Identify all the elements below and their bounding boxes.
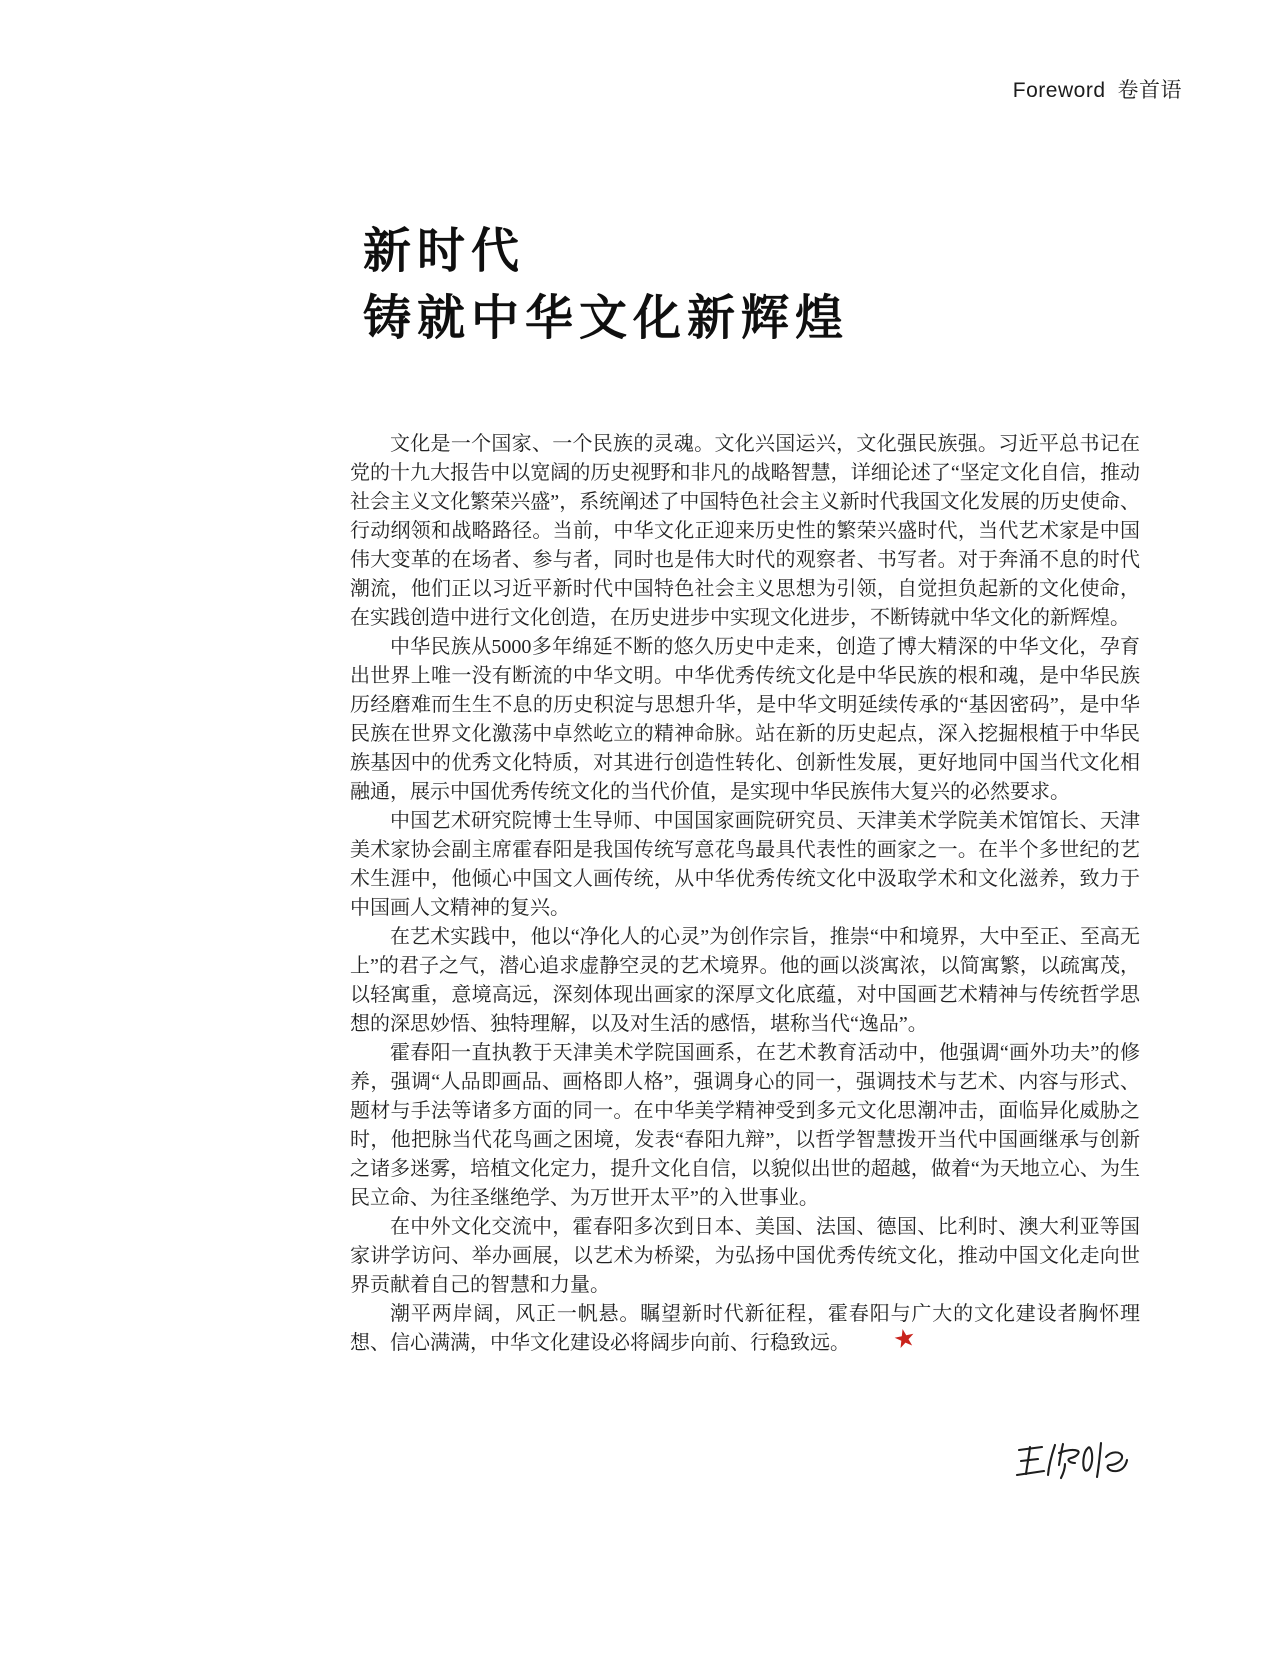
paragraph-4: 在艺术实践中，他以“净化人的心灵”为创作宗旨，推崇“中和境界，大中至正、至高无上… (350, 923, 1140, 1039)
paragraph-1: 文化是一个国家、一个民族的灵魂。文化兴国运兴，文化强民族强。习近平总书记在党的十… (350, 430, 1140, 633)
paragraph-7-text: 潮平两岸阔，风正一帆悬。瞩望新时代新征程，霍春阳与广大的文化建设者胸怀理想、信心… (350, 1303, 1140, 1354)
foreword-label-en: Foreword (1013, 79, 1106, 102)
article-title-line-1: 新时代 (363, 225, 525, 278)
running-head: Foreword卷首语 (1013, 74, 1182, 104)
paragraph-6: 在中外文化交流中，霍春阳多次到日本、美国、法国、德国、比利时、澳大利亚等国家讲学… (350, 1213, 1140, 1300)
paragraph-3: 中国艺术研究院博士生导师、中国国家画院研究员、天津美术学院美术馆馆长、天津美术家… (350, 807, 1140, 923)
paragraph-2: 中华民族从5000多年绵延不断的悠久历史中走来，创造了博大精深的中华文化，孕育出… (350, 633, 1140, 807)
article-title-line-2: 铸就中华文化新辉煌 (363, 292, 849, 345)
paragraph-7: 潮平两岸阔，风正一帆悬。瞩望新时代新征程，霍春阳与广大的文化建设者胸怀理想、信心… (350, 1300, 1140, 1358)
magazine-foreword-page: Foreword卷首语 新时代 铸就中华文化新辉煌 文化是一个国家、一个民族的灵… (0, 0, 1270, 1654)
article-title: 新时代 铸就中华文化新辉煌 (363, 218, 849, 352)
foreword-label-zh: 卷首语 (1118, 79, 1183, 102)
author-signature (1015, 1438, 1140, 1490)
signature-strokes (1015, 1438, 1140, 1490)
end-star-icon: ★ (852, 1325, 918, 1362)
article-body: 文化是一个国家、一个民族的灵魂。文化兴国运兴，文化强民族强。习近平总书记在党的十… (350, 430, 1140, 1358)
paragraph-5: 霍春阳一直执教于天津美术学院国画系，在艺术教育活动中，他强调“画外功夫”的修养，… (350, 1039, 1140, 1213)
